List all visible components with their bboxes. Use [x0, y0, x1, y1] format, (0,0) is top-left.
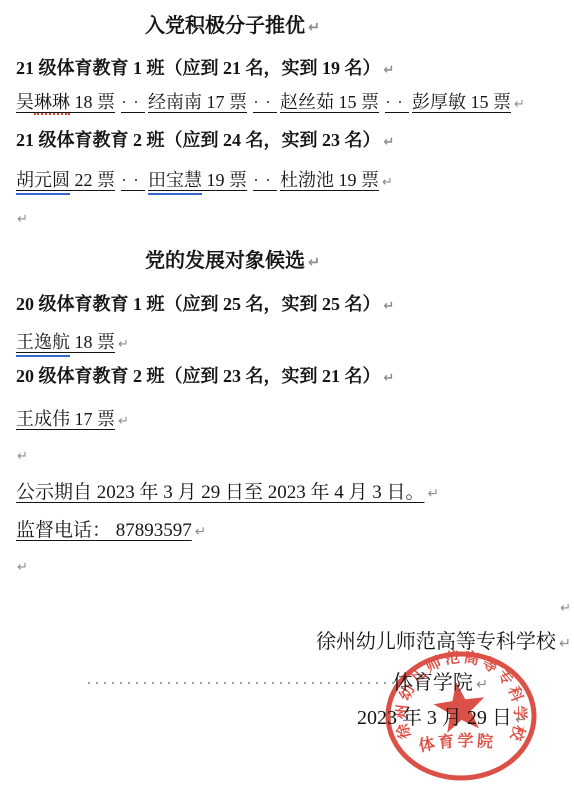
vote-entry: 杜渤池 19 票	[280, 170, 379, 190]
pilcrow-mark: ↵	[195, 520, 206, 544]
notice-period-text: 公示期自 2023 年 3 月 29 日至 2023 年 4 月 3 日。	[16, 482, 425, 503]
stamp-bottom-text: 体育学院	[417, 731, 497, 755]
class-20-1-votes: 王逸航 18 票↵	[16, 330, 129, 357]
empty-paragraph-mark: ↵	[17, 449, 28, 464]
vote-entry: 赵丝茹 15 票	[280, 92, 379, 112]
grammar-underlined-name: 田宝慧	[148, 170, 202, 195]
empty-paragraph-mark: ↵	[17, 560, 28, 575]
signature-date: 2023 年 3 月 29 日↵	[357, 705, 527, 733]
class-20-1-header: 20 级体育教育 1 班（应到 25 名，实到 25 名）↵	[16, 292, 394, 319]
pilcrow-mark: ↵	[428, 482, 439, 506]
pilcrow-mark: ↵	[514, 93, 525, 117]
class-20-2-header-text: 20 级体育教育 2 班（应到 23 名，实到 21 名）	[16, 366, 381, 386]
class-20-1-header-text: 20 级体育教育 1 班（应到 25 名，实到 25 名）	[16, 294, 381, 314]
signature-school-text: 徐州幼儿师范高等专科学校	[316, 631, 556, 653]
vote-entry: 王成伟 17 票	[16, 409, 115, 429]
pilcrow-mark: ↵	[308, 250, 320, 276]
class-20-2-header: 20 级体育教育 2 班（应到 23 名，实到 21 名）↵	[16, 364, 394, 391]
pilcrow-mark: ↵	[118, 333, 129, 357]
class-21-1-header-text: 21 级体育教育 1 班（应到 21 名，实到 19 名）	[16, 58, 381, 78]
vote-count: 18 票	[70, 332, 115, 352]
space-marks: ··	[253, 170, 277, 190]
vote-entry: 经南南 17 票	[148, 92, 247, 112]
space-marks: ··	[121, 170, 145, 190]
signature-school: 徐州幼儿师范高等专科学校↵	[316, 629, 571, 657]
pilcrow-mark: ↵	[476, 672, 488, 698]
word-document-page: 徐州幼儿师范高等专科学校 体育学院 入党积极分子推优↵ 21 级体育教育 1 班…	[0, 0, 574, 789]
space-marks: ··	[385, 92, 409, 112]
pilcrow-mark: ↵	[384, 131, 395, 155]
signature-date-text: 2023 年 3 月 29 日	[357, 707, 512, 729]
vote-name: 吴	[16, 92, 34, 112]
vote-entry: 彭厚敏 15 票	[412, 92, 511, 112]
vote-count: 22 票	[70, 170, 115, 190]
notice-period-line: 公示期自 2023 年 3 月 29 日至 2023 年 4 月 3 日。↵	[16, 481, 439, 506]
space-marks: ··	[253, 92, 277, 112]
dotted-separator-line	[88, 682, 403, 684]
empty-paragraph-mark: ↵	[17, 212, 28, 227]
class-21-2-votes: 胡元圆 22 票··田宝慧 19 票··杜渤池 19 票↵	[16, 168, 393, 195]
pilcrow-mark: ↵	[384, 295, 395, 319]
doc-title-1-text: 入党积极分子推优	[145, 15, 305, 37]
pilcrow-mark: ↵	[308, 15, 320, 41]
grammar-underlined-name: 胡元圆	[16, 170, 70, 195]
doc-title-1: 入党积极分子推优↵	[145, 13, 320, 41]
pilcrow-mark: ↵	[382, 171, 393, 195]
class-21-2-header-text: 21 级体育教育 2 班（应到 24 名，实到 23 名）	[16, 130, 381, 150]
signature-department-text: 体育学院	[393, 672, 473, 694]
doc-title-2-text: 党的发展对象候选	[145, 250, 305, 272]
class-21-1-votes: 吴琳琳 18 票··经南南 17 票··赵丝茹 15 票··彭厚敏 15 票↵	[16, 90, 525, 117]
vote-count: 18 票	[70, 92, 115, 112]
pilcrow-mark: ↵	[515, 707, 527, 733]
pilcrow-mark: ↵	[384, 367, 395, 391]
class-20-2-votes: 王成伟 17 票↵	[16, 407, 129, 434]
signature-department: 体育学院↵	[393, 670, 488, 698]
class-21-2-header: 21 级体育教育 2 班（应到 24 名，实到 23 名）↵	[16, 128, 394, 155]
supervision-phone-line: 监督电话： 87893597↵	[16, 519, 206, 544]
spellcheck-squiggle: 琳琳	[34, 92, 70, 115]
grammar-underlined-name: 王逸航	[16, 332, 70, 357]
vote-count: 19 票	[202, 170, 247, 190]
doc-title-2: 党的发展对象候选↵	[145, 248, 320, 276]
pilcrow-mark: ↵	[118, 410, 129, 434]
space-marks: ··	[121, 92, 145, 112]
pilcrow-mark: ↵	[384, 59, 395, 83]
class-21-1-header: 21 级体育教育 1 班（应到 21 名，实到 19 名）↵	[16, 56, 394, 83]
supervision-phone-text: 监督电话： 87893597	[16, 520, 192, 541]
empty-paragraph-mark: ↵	[560, 601, 571, 616]
pilcrow-mark: ↵	[559, 631, 571, 657]
